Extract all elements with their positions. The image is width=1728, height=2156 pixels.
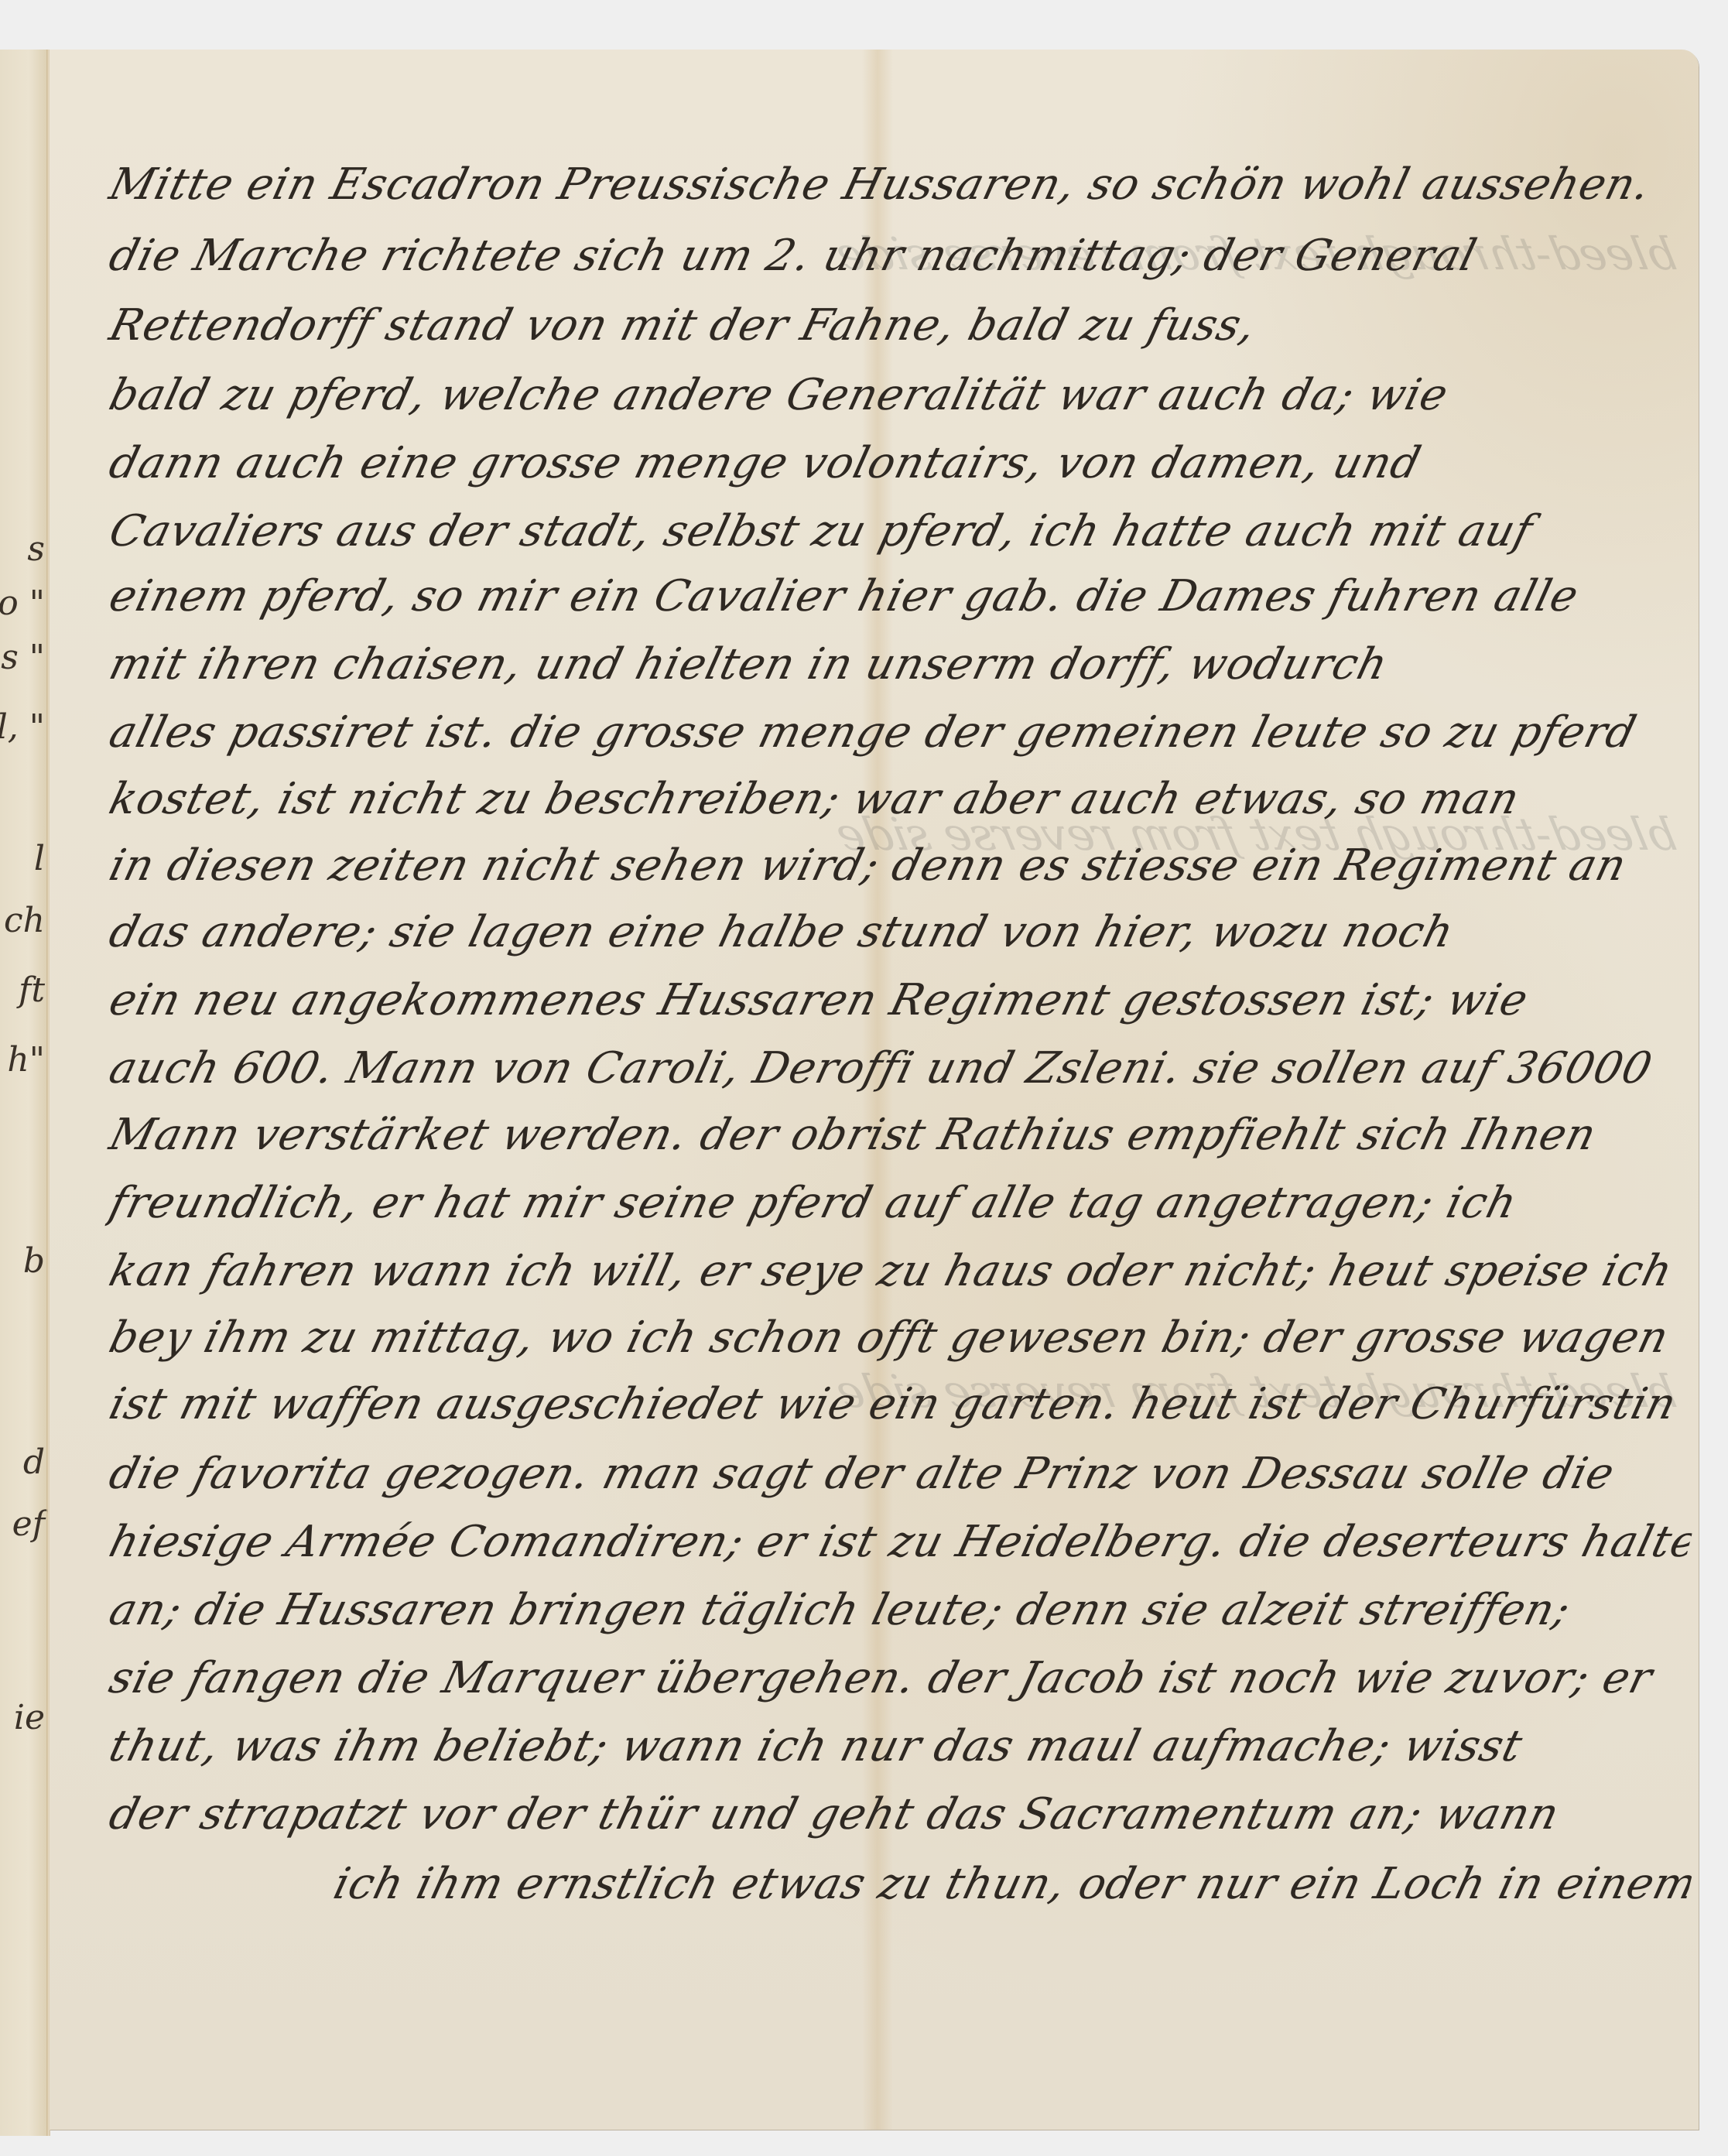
manuscript-line: thut, was ihm beliebt; wann ich nur das … <box>104 1720 1696 1774</box>
manuscript-line: sie fangen die Marquer übergehen. der Ja… <box>104 1651 1696 1706</box>
margin-fragment: s " <box>1 638 45 677</box>
manuscript-line: Mann verstärket werden. der obrist Rathi… <box>104 1108 1696 1162</box>
margin-fragment: h" <box>7 1040 45 1080</box>
manuscript-line: bald zu pferd, welche andere Generalität… <box>104 368 1696 423</box>
margin-fragment: ol, " <box>0 707 45 747</box>
manuscript-line: hiesige Armée Comandiren; er ist zu Heid… <box>104 1515 1696 1569</box>
manuscript-line: die favorita gezogen. man sagt der alte … <box>104 1447 1696 1501</box>
margin-fragment: b <box>23 1241 45 1281</box>
manuscript-line: Mitte ein Escadron Preussische Hussaren,… <box>104 158 1696 212</box>
manuscript-line: Cavaliers aus der stadt, selbst zu pferd… <box>104 505 1696 559</box>
margin-fragment: s <box>27 529 45 569</box>
margin-fragment: d <box>23 1442 45 1482</box>
manuscript-line: kostet, ist nicht zu beschreiben; war ab… <box>104 772 1696 826</box>
margin-fragment: o " <box>0 583 45 623</box>
manuscript-line: an; die Hussaren bringen täglich leute; … <box>104 1583 1696 1638</box>
margin-fragment: l <box>34 839 45 878</box>
margin-fragment: ch <box>4 901 45 940</box>
manuscript-page: bleed-through text from reverse side ble… <box>50 50 1699 2130</box>
manuscript-line: ein neu angekommenes Hussaren Regiment g… <box>104 974 1696 1028</box>
manuscript-line: kan fahren wann ich will, er seye zu hau… <box>104 1244 1696 1299</box>
manuscript-line: einem pferd, so mir ein Cavalier hier ga… <box>104 570 1696 624</box>
margin-fragment: ef <box>12 1504 45 1544</box>
manuscript-line: bey ihm zu mittag, wo ich schon offt gew… <box>104 1311 1696 1365</box>
manuscript-line: Rettendorff stand von mit der Fahne, bal… <box>104 299 1696 353</box>
manuscript-line: ist mit waffen ausgeschiedet wie ein gar… <box>104 1377 1696 1432</box>
manuscript-line: der strapatzt vor der thür und geht das … <box>104 1788 1696 1842</box>
manuscript-line: auch 600. Mann von Caroli, Deroffi und Z… <box>104 1042 1696 1096</box>
margin-fragment: ie <box>14 1698 45 1737</box>
manuscript-line: in diesen zeiten nicht sehen wird; denn … <box>104 839 1696 893</box>
manuscript-line: mit ihren chaisen, und hielten in unserm… <box>104 638 1696 692</box>
manuscript-line: die Marche richtete sich um 2. uhr nachm… <box>104 229 1696 283</box>
manuscript-line: ich ihm ernstlich etwas zu thun, oder nu… <box>328 1857 1696 1911</box>
manuscript-line: alles passiret ist. die grosse menge der… <box>104 706 1696 760</box>
manuscript-line: dann auch eine grosse menge volontairs, … <box>104 436 1696 491</box>
manuscript-line: freundlich, er hat mir seine pferd auf a… <box>104 1176 1696 1230</box>
margin-fragment: ft <box>19 970 45 1010</box>
adjacent-page-strip: s o " s " ol, " l ch ft h" b d ef ie <box>0 50 48 2136</box>
manuscript-line: das andere; sie lagen eine halbe stund v… <box>104 905 1696 960</box>
